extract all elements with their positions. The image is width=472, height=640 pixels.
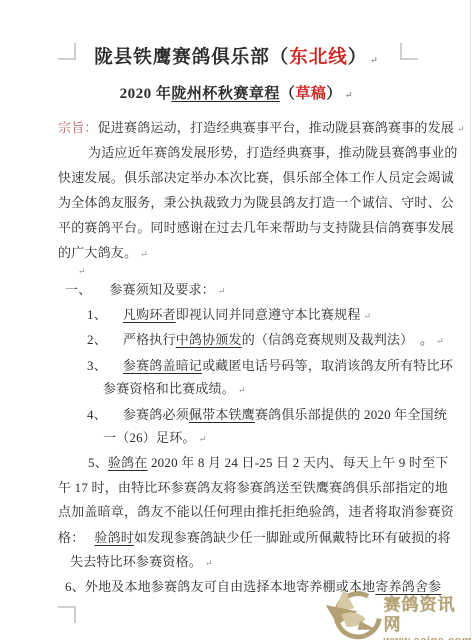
paragraph-mark: ↵ [436,336,444,346]
text-run: 4、 [87,407,107,422]
text-run: 中鸽协颁发 [176,332,242,347]
text-run: 5、 [88,455,108,470]
text-run: 格： [58,530,84,545]
document-line: 为适应近年赛鸽发展形势，打造经典赛事，推动陇县赛鸽事业的 [88,144,458,161]
text-run: 点加盖暗章，鸽友不能以任何理由推托拒绝验鸽，违者将取消参赛资 [58,504,454,519]
document-line: 平的赛鸽平台。同时感谢在过去几年来帮助与支持陇县信鸽赛事发展 [58,219,454,236]
text-run: 东北线 [289,48,348,68]
paragraph-mark: ↵ [199,434,207,444]
text-run: 佩带本铁鹰 [189,407,255,422]
item-6: 6、外地及本地参赛鸽友可自由选择本地寄养棚或本地寄养鸽舍参 [65,578,441,595]
paragraph-mark: ↵ [457,124,465,134]
text-run: 如发现参赛鸽缺少任一脚趾或所佩戴特比环有破损的将 [134,530,451,545]
document-line: 参赛资格和比赛成绩。↵ [103,380,246,399]
document-line: 格：验鸽时如发现参赛鸽缺少任一脚趾或所佩戴特比环有破损的将 [58,529,451,546]
text-run: 午 17 时，由特比环参赛鸽友将参赛鸽送至铁鹰赛鸽俱乐部指定的地 [58,480,448,495]
doc-title-line-2: 2020 年陇州杯秋赛章程（草稿）↵ [0,86,472,104]
text-run: （ [270,48,290,68]
paragraph-mark: ↵ [364,311,372,321]
text-run: 6、外地及本地参赛鸽友可自由选择本地寄养棚或本地 [65,579,375,594]
item-2: 2、严格执行中鸽协颁发的（信鸽竞赛规则及裁判法） 。↵ [87,331,444,350]
item-3: 3、参赛鸽盖暗记或藏匿电话号码等，取消该鸽友所有特比环 [87,357,453,374]
document-line: 点加盖暗章，鸽友不能以任何理由推托拒绝验鸽，违者将取消参赛资 [58,503,454,520]
paragraph-mark: ↵ [218,286,226,296]
text-run: 参赛须知及要求： [109,282,215,297]
document-line: 午 17 时，由特比环参赛鸽友将参赛鸽送至铁鹰赛鸽俱乐部指定的地 [58,479,448,496]
document-line: 失去特比环参赛资格。↵ [70,553,213,572]
paragraph-mark: ↵ [345,90,353,100]
text-run: （ [280,86,296,102]
text-run: 平的赛鸽平台。同时感谢在过去几年来帮助与支持陇县信鸽赛事发展 [58,220,454,235]
empty-paragraph: ↵ [75,261,86,280]
text-run: 寄养鸽舍参 [375,579,441,594]
text-run: 的（信鸽竞赛规则及裁判法） 。 [242,332,434,347]
text-run: 2020 年 [120,86,172,102]
text-run: 或藏匿电话号码等，取消该鸽友所有特比环 [202,358,453,373]
text-run: 参赛鸽盖暗记 [123,358,202,373]
paragraph-mark: ↵ [140,249,148,259]
paragraph-mark: ↵ [238,385,246,395]
text-run: 验鸽在 [108,455,148,470]
section-heading: 一、参赛须知及要求：↵ [65,281,226,300]
text-run: 草稿 [295,86,326,102]
item-1: 1、凡购环者即视认同并同意遵守本比赛规程↵ [87,306,371,325]
item-5: 5、验鸽在 2020 年 8 月 24 日-25 日 2 天内、每天上午 9 时… [88,454,449,471]
text-run: 2、 [87,332,107,347]
doc-title-line-1: 陇县铁鹰赛鸽俱乐部（东北线）↵ [0,50,472,69]
text-run: 陇县铁鹰赛鸽俱乐部 [94,48,270,68]
text-run: 赛鸽俱乐部提供的 2020 年全国统 [255,407,447,422]
document-lines: 陇县铁鹰赛鸽俱乐部（东北线）↵2020 年陇州杯秋赛章程（草稿）↵宗旨：促进赛鸽… [0,0,472,640]
text-run: 的广大鸽友。 [58,245,137,260]
paragraph-mark: ↵ [205,558,213,568]
document-line: 快速发展。俱乐部决定举办本次比赛，俱乐部全体工作人员定会竭诚 [58,169,454,186]
paragraph-mark: ↵ [78,266,86,276]
text-run: 1、 [87,307,107,322]
paragraph-mark: ↵ [370,55,378,65]
text-run: 为全体鸽友服务，秉公执裁致力为陇县鸽友打造一个诚信、守时、公 [58,195,454,210]
purpose-line: 宗旨：促进赛鸽运动，打造经典赛事平台，推动陇县赛鸽赛事的发展↵ [58,119,465,138]
text-run: 一（26）足环。 [103,430,196,445]
text-run: 快速发展。俱乐部决定举办本次比赛，俱乐部全体工作人员定会竭诚 [58,170,454,185]
text-run: 2020 年 8 月 24 日-25 日 2 天内、每天上午 9 时至下 [148,455,449,470]
text-run: 陇州杯秋赛章程 [171,86,280,102]
text-run: 3、 [87,358,107,373]
text-run: 促进赛鸽运动，打造经典赛事平台，推动陇县赛鸽赛事的发展 [98,120,454,135]
text-run: 即视认同并同意遵守本比赛规程 [176,307,361,322]
text-run: ） [348,48,368,68]
text-run: 凡购环者 [123,307,176,322]
text-run: 失去特比环参赛资格。 [70,554,202,569]
text-run: 验鸽时 [94,530,134,545]
text-run: 一、 [65,282,91,297]
document-page: 赛鸽资讯网 www.saige.com 陇县铁鹰赛鸽俱乐部（东北线）↵2020 … [0,0,472,640]
text-run: 严格执行 [123,332,176,347]
text-run: 参赛资格和比赛成绩。 [103,381,235,396]
document-line: 一（26）足环。↵ [103,429,206,448]
document-line: 的广大鸽友。↵ [58,244,148,263]
text-run: 为适应近年赛鸽发展形势，打造经典赛事，推动陇县赛鸽事业的 [88,145,458,160]
document-line: 为全体鸽友服务，秉公执裁致力为陇县鸽友打造一个诚信、守时、公 [58,194,454,211]
text-run: 宗旨： [58,120,98,135]
text-run: 参赛鸽必须 [123,407,189,422]
item-4: 4、参赛鸽必须佩带本铁鹰赛鸽俱乐部提供的 2020 年全国统 [87,406,447,423]
text-run: ） [326,86,342,102]
